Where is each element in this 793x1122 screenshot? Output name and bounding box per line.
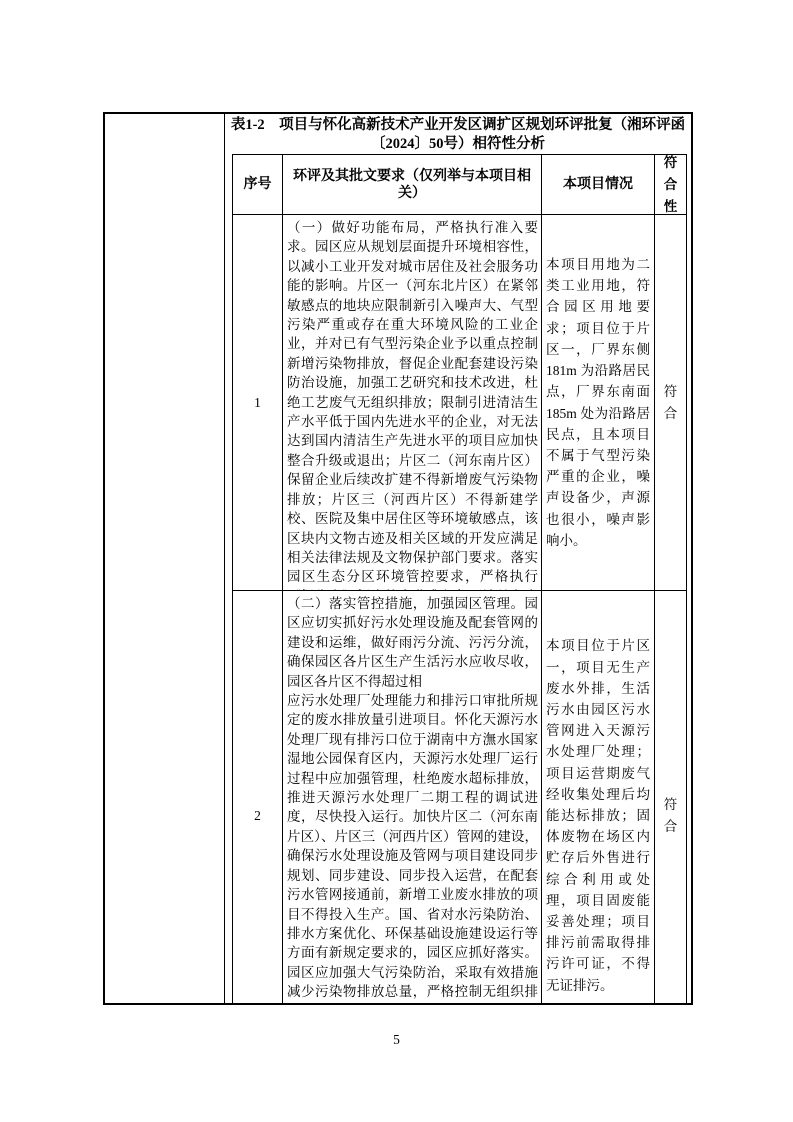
row1-situation: 本项目用地为二类工业用地，符合园区用地要求；项目位于片区一，厂界东侧181m 为… [542,215,655,590]
page-number: 5 [0,1032,793,1048]
outer-table-content-cell: 表1-2 项目与怀化高新技术产业开发区调扩区规划环评批复（湘环评函〔2024〕5… [225,114,691,1003]
table-row: 1 （一）做好功能布局，严格执行准入要求。园区应从规划层面提升环境相容性，以减小… [233,215,686,591]
row2-situation: 本项目位于片区一，项目无生产废水外排，生活污水由园区污水管网进入天源污水处理厂处… [542,591,655,1003]
row2-conformity: 符合 [655,591,686,1003]
row2-requirement: （二）落实管控措施，加强园区管理。园区应切实抓好污水处理设施及配套管网的建设和运… [283,591,542,1003]
header-index: 序号 [233,155,283,214]
table-header-row: 序号 环评及其批文要求（仅列举与本项目相关） 本项目情况 符合性 [233,155,686,215]
header-requirement: 环评及其批文要求（仅列举与本项目相关） [283,155,542,214]
header-conformity: 符合性 [655,155,686,214]
inner-table: 序号 环评及其批文要求（仅列举与本项目相关） 本项目情况 符合性 1 （一）做好… [232,154,687,1003]
outer-table-empty-label-cell [105,114,225,1003]
row1-conformity: 符合 [655,215,686,590]
table-title: 表1-2 项目与怀化高新技术产业开发区调扩区规划环评批复（湘环评函〔2024〕5… [225,114,691,154]
row2-index: 2 [233,591,283,1003]
table-row: 2 （二）落实管控措施，加强园区管理。园区应切实抓好污水处理设施及配套管网的建设… [233,591,686,1003]
compliance-analysis-table: 表1-2 项目与怀化高新技术产业开发区调扩区规划环评批复（湘环评函〔2024〕5… [103,112,693,1005]
header-conformity-text: 符合性 [663,155,679,214]
row1-index: 1 [233,215,283,590]
row1-requirement: （一）做好功能布局，严格执行准入要求。园区应从规划层面提升环境相容性，以减小工业… [283,215,542,590]
header-situation: 本项目情况 [542,155,655,214]
